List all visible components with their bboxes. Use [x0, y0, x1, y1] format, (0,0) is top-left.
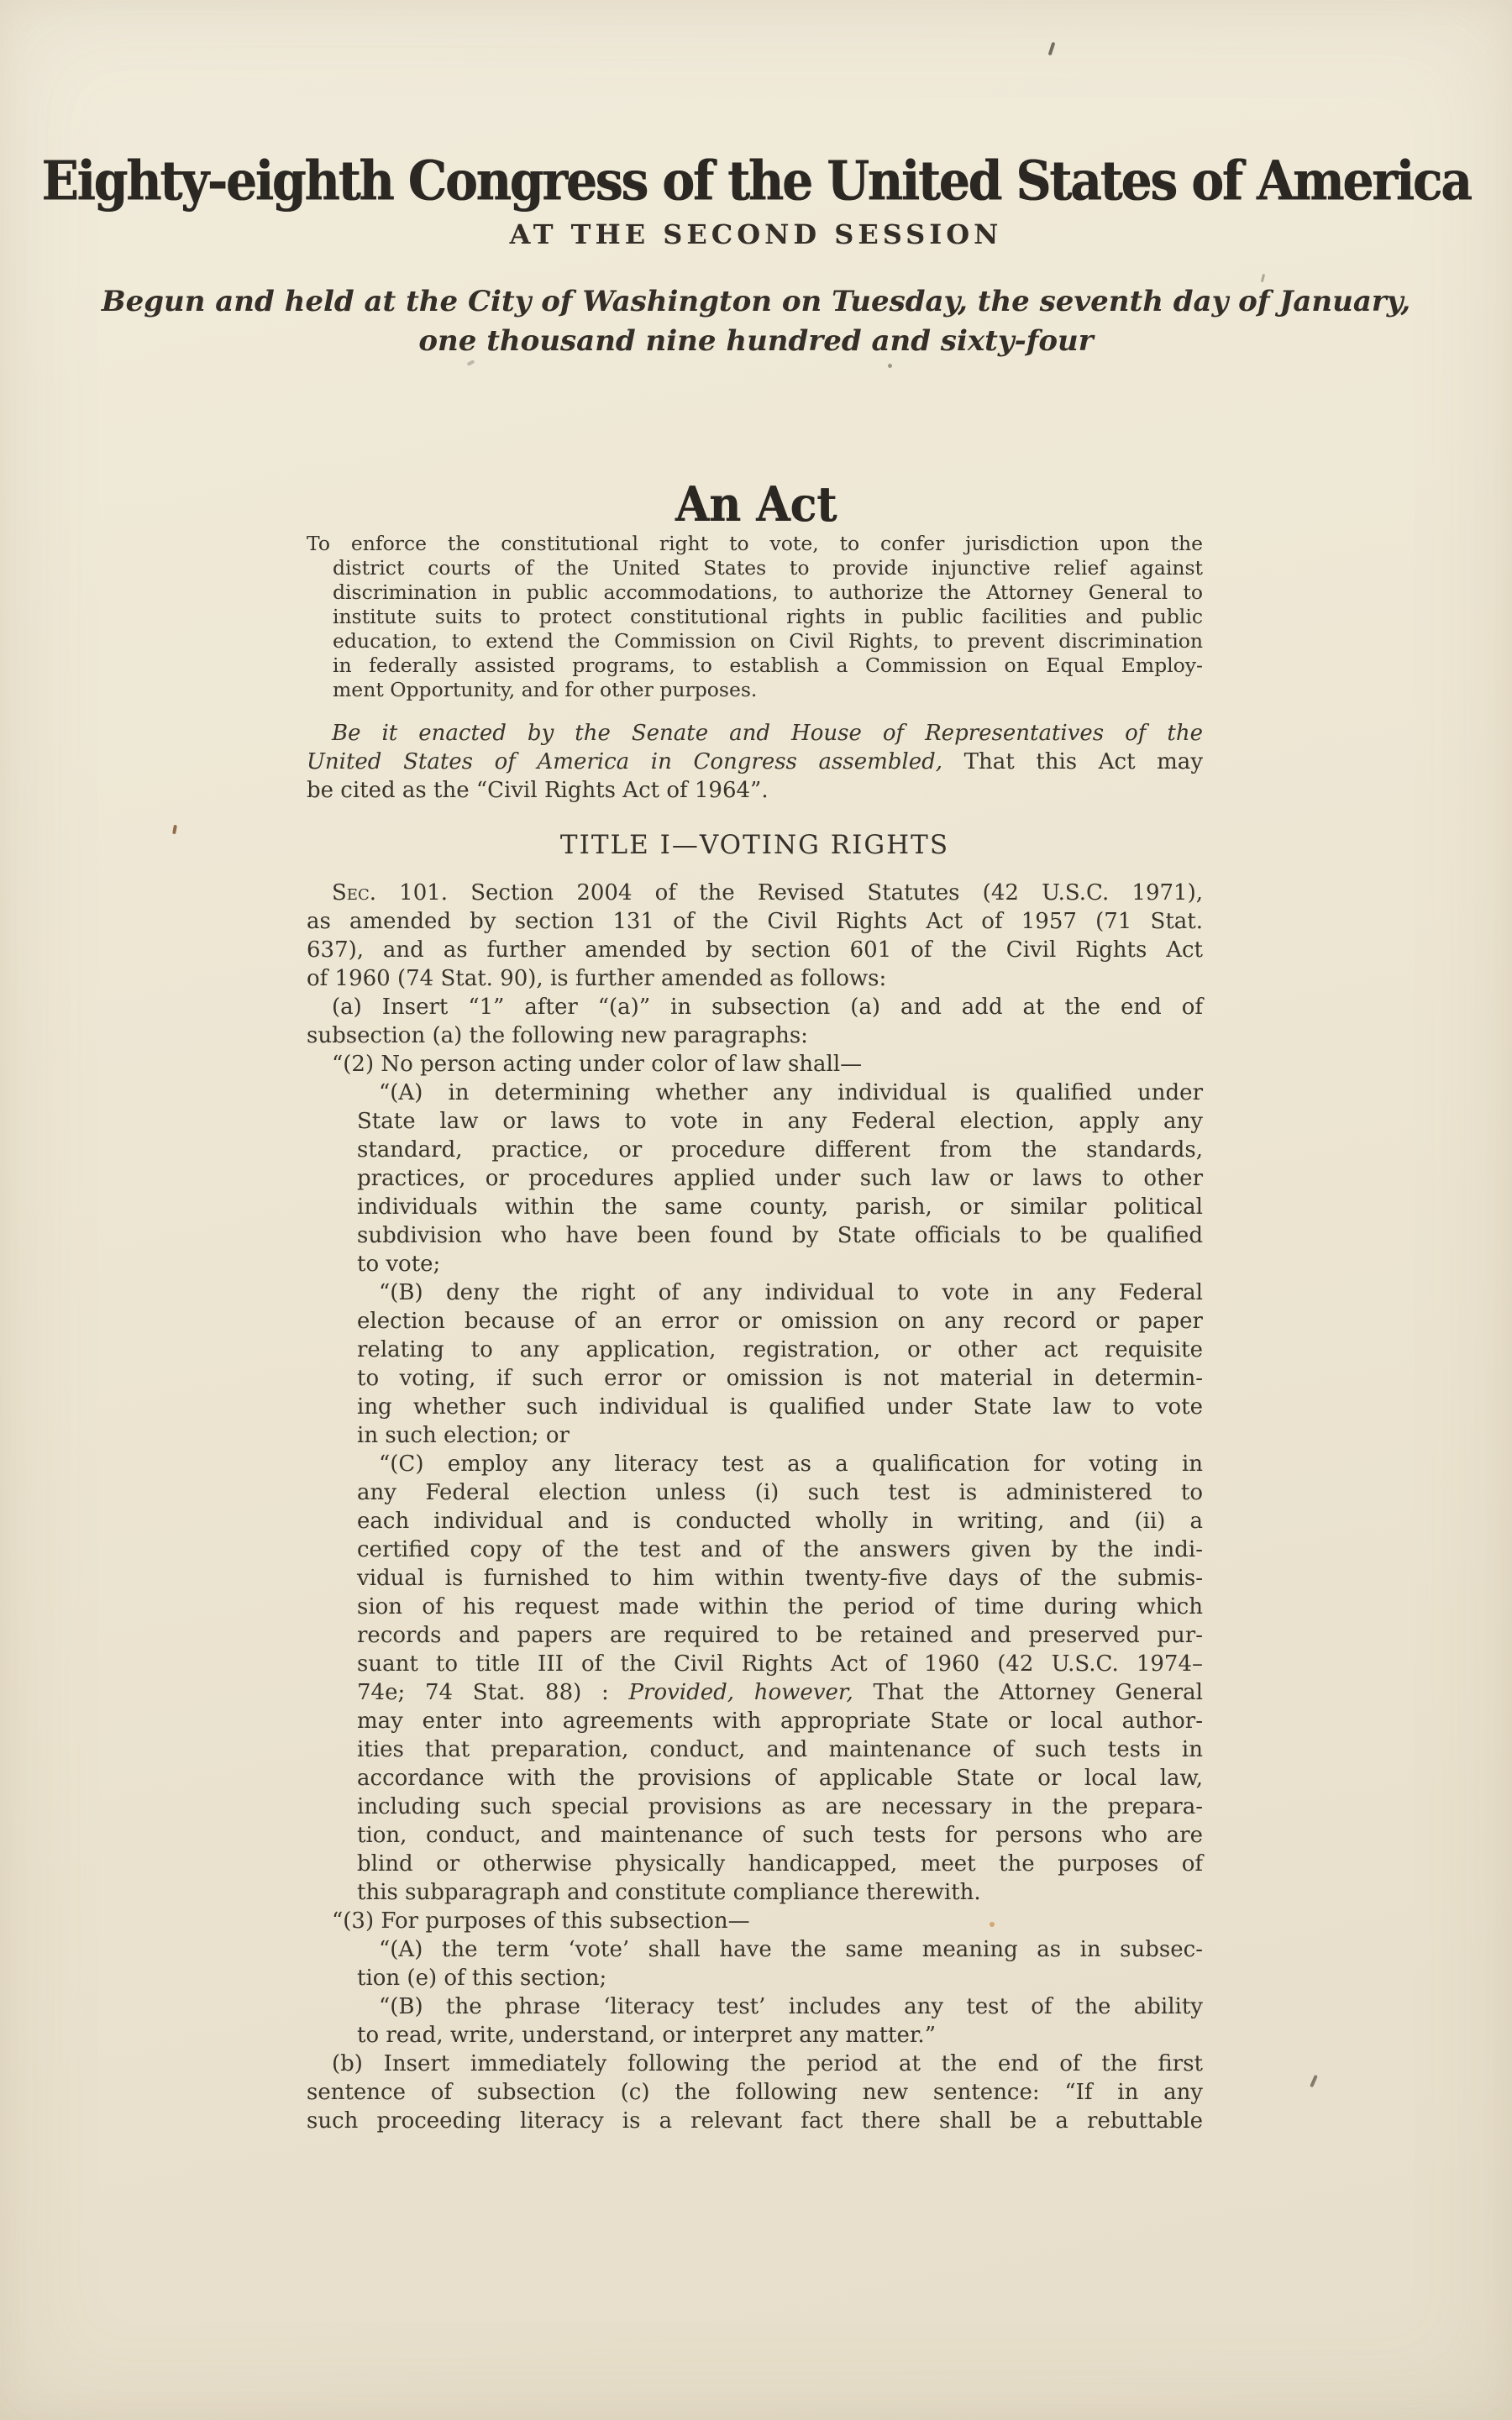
- congress-title: Eighty-eighth Congress of the United Sta…: [0, 149, 1512, 213]
- text-line: 637), and as further amended by section …: [307, 936, 1203, 964]
- text-line: sion of his request made within the peri…: [357, 1593, 1203, 1621]
- text-line: (a) Insert “1” after “(a)” in subsection…: [307, 993, 1203, 1021]
- text-line: ing whether such individual is qualified…: [357, 1393, 1203, 1421]
- scan-speck: [1048, 42, 1056, 55]
- paragraph-2: “(2) No person acting under color of law…: [307, 1050, 1203, 1079]
- text-line: 74e; 74 Stat. 88) : Provided, however, T…: [357, 1678, 1203, 1707]
- text-line: as amended by section 131 of the Civil R…: [307, 907, 1203, 936]
- text-line: “(C) employ any literacy test as a quali…: [357, 1450, 1203, 1478]
- text-line: to read, write, understand, or interpret…: [357, 2021, 1203, 2050]
- text-line: tion, conduct, and maintenance of such t…: [357, 1821, 1203, 1850]
- enacting-clause: Be it enacted by the Senate and House of…: [307, 719, 1203, 805]
- text-line: (b) Insert immediately following the per…: [307, 2050, 1203, 2078]
- text-line: sentence of subsection (c) the following…: [307, 2078, 1203, 2107]
- text-line: tion (e) of this section;: [357, 1964, 1203, 1992]
- text-line: subdivision who have been found by State…: [357, 1221, 1203, 1250]
- text-line: subsection (a) the following new paragra…: [307, 1021, 1203, 1050]
- text-line: to voting, if such error or omission is …: [357, 1364, 1203, 1393]
- text-line: individuals within the same county, pari…: [357, 1193, 1203, 1221]
- text-line: records and papers are required to be re…: [357, 1621, 1203, 1650]
- scan-speck: [1310, 2075, 1318, 2087]
- text-line: district courts of the United States to …: [307, 556, 1203, 580]
- text-line: in federally assisted programs, to estab…: [307, 654, 1203, 678]
- text-line: discrimination in public accommodations,…: [307, 580, 1203, 605]
- text-line: relating to any application, registratio…: [357, 1336, 1203, 1364]
- act-heading: An Act: [0, 476, 1512, 533]
- session-line: AT THE SECOND SESSION: [0, 218, 1512, 250]
- clause-3A: “(A) the term ‘vote’ shall have the same…: [357, 1935, 1203, 1992]
- text-line: institute suits to protect constitutiona…: [307, 605, 1203, 629]
- text-line: each individual and is conducted wholly …: [357, 1507, 1203, 1535]
- text-line: “(B) the phrase ‘literacy test’ includes…: [357, 1992, 1203, 2021]
- text-line: suant to title III of the Civil Rights A…: [357, 1650, 1203, 1678]
- text-line: any Federal election unless (i) such tes…: [357, 1478, 1203, 1507]
- text-line: State law or laws to vote in any Federal…: [357, 1107, 1203, 1136]
- text-line: of 1960 (74 Stat. 90), is further amende…: [307, 964, 1203, 993]
- preamble: To enforce the constitutional right to v…: [307, 532, 1203, 702]
- text-line: this subparagraph and constitute complia…: [357, 1878, 1203, 1907]
- text-line: including such special provisions as are…: [357, 1793, 1203, 1821]
- text-line: one thousand nine hundred and sixty-four: [0, 322, 1512, 361]
- document-page: Eighty-eighth Congress of the United Sta…: [0, 0, 1512, 2420]
- text-line: election because of an error or omission…: [357, 1307, 1203, 1336]
- text-line: certified copy of the test and of the an…: [357, 1535, 1203, 1564]
- text-line: education, to extend the Commission on C…: [307, 629, 1203, 654]
- text-line: ment Opportunity, and for other purposes…: [307, 678, 1203, 702]
- text-line: Be it enacted by the Senate and House of…: [307, 719, 1203, 748]
- text-line: may enter into agreements with appropria…: [357, 1707, 1203, 1735]
- text-line: “(B) deny the right of any individual to…: [357, 1278, 1203, 1307]
- text-line: accordance with the provisions of applic…: [357, 1764, 1203, 1793]
- scan-speck: [888, 364, 892, 368]
- text-line: “(2) No person acting under color of law…: [307, 1050, 1203, 1079]
- clause-3B: “(B) the phrase ‘literacy test’ includes…: [357, 1992, 1203, 2050]
- scan-speck: [172, 825, 177, 835]
- text-line: in such election; or: [357, 1421, 1203, 1450]
- text-line: “(A) in determining whether any individu…: [357, 1079, 1203, 1107]
- text-line: To enforce the constitutional right to v…: [307, 532, 1203, 556]
- document-body: Sec. 101. Section 2004 of the Revised St…: [307, 879, 1203, 2135]
- text-line: such proceeding literacy is a relevant f…: [307, 2107, 1203, 2135]
- clause-2A: “(A) in determining whether any individu…: [357, 1079, 1203, 1278]
- text-line: blind or otherwise physically handicappe…: [357, 1850, 1203, 1878]
- subsection-b: (b) Insert immediately following the per…: [307, 2050, 1203, 2135]
- text-line: be cited as the “Civil Rights Act of 196…: [307, 776, 1203, 805]
- text-line: vidual is furnished to him within twenty…: [357, 1564, 1203, 1593]
- text-line: standard, practice, or procedure differe…: [357, 1136, 1203, 1164]
- text-line: ities that preparation, conduct, and mai…: [357, 1735, 1203, 1764]
- subsection-a: (a) Insert “1” after “(a)” in subsection…: [307, 993, 1203, 1050]
- clause-2C: “(C) employ any literacy test as a quali…: [357, 1450, 1203, 1907]
- convening-statement: Begun and held at the City of Washington…: [0, 282, 1512, 361]
- text-line: practices, or procedures applied under s…: [357, 1164, 1203, 1193]
- text-line: “(3) For purposes of this subsection—: [307, 1907, 1203, 1935]
- section-101: Sec. 101. Section 2004 of the Revised St…: [307, 879, 1203, 993]
- text-line: to vote;: [357, 1250, 1203, 1278]
- text-line: Sec. 101. Section 2004 of the Revised St…: [307, 879, 1203, 907]
- scan-speck: [1261, 274, 1265, 282]
- text-line: “(A) the term ‘vote’ shall have the same…: [357, 1935, 1203, 1964]
- paragraph-3: “(3) For purposes of this subsection—: [307, 1907, 1203, 1935]
- text-line: United States of America in Congress ass…: [307, 748, 1203, 776]
- text-line: Begun and held at the City of Washington…: [0, 282, 1512, 322]
- title-i-heading: TITLE I—VOTING RIGHTS: [307, 830, 1203, 860]
- clause-2B: “(B) deny the right of any individual to…: [357, 1278, 1203, 1450]
